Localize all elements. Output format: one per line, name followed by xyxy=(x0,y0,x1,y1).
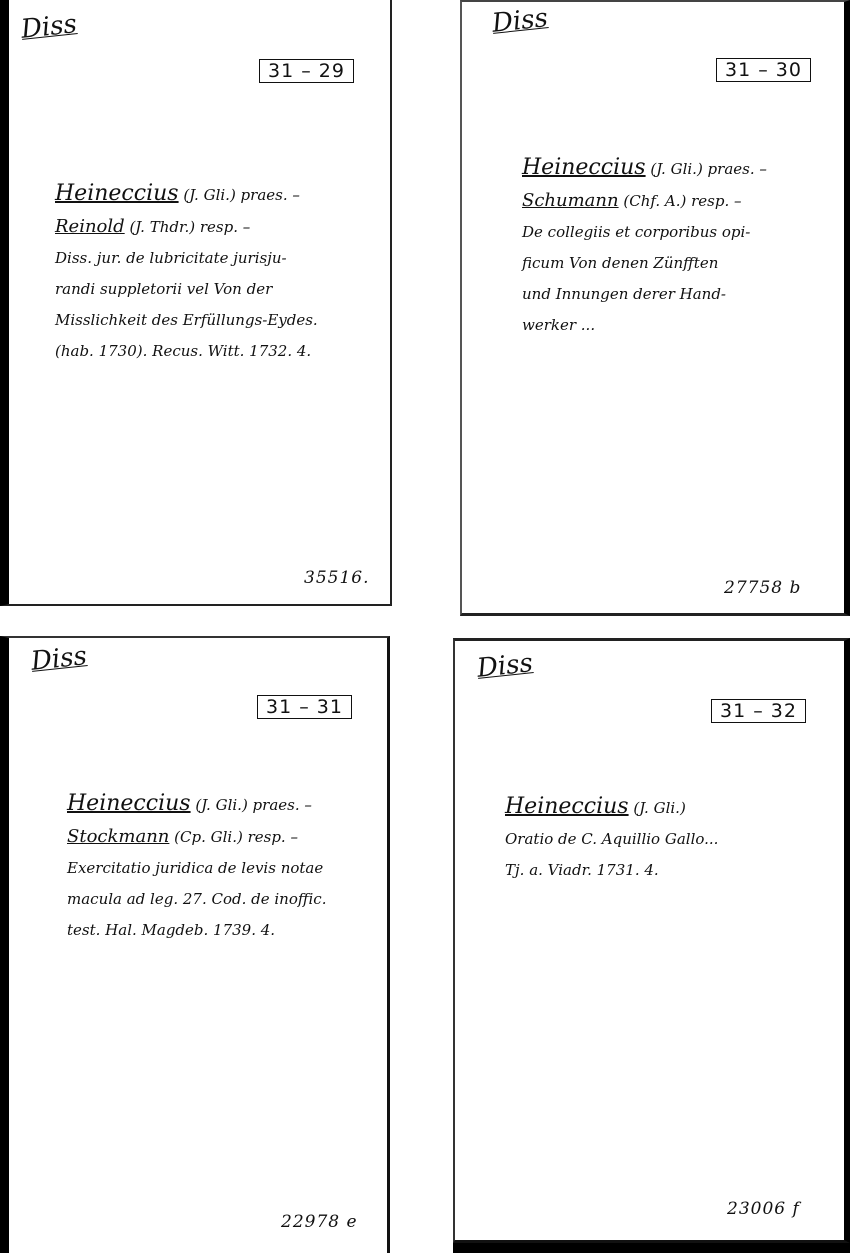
title-line: ficum Von denen Zünfften xyxy=(522,248,767,279)
title-line: und Innungen derer Hand- xyxy=(522,279,767,310)
respondent-name: Schumann xyxy=(522,190,619,211)
accession-number: 27758 b xyxy=(724,578,801,598)
category-label: Diss xyxy=(30,641,89,677)
catalog-card-31-30: Diss 31 – 30 Heineccius (J. Gli.) praes.… xyxy=(460,0,850,616)
respondent-line: Stockmann (Cp. Gli.) resp. – xyxy=(67,821,326,853)
respondent-initials: (Cp. Gli.) resp. – xyxy=(174,828,298,846)
accession-number: 23006 f xyxy=(727,1199,800,1219)
title-line: Tj. a. Viadr. 1731. 4. xyxy=(505,855,718,886)
signature-box: 31 – 31 xyxy=(257,695,352,719)
respondent-line: Schumann (Chf. A.) resp. – xyxy=(522,185,767,217)
title-line: (hab. 1730). Recus. Witt. 1732. 4. xyxy=(55,336,318,367)
catalog-card-31-32: Diss 31 – 32 Heineccius (J. Gli.) Oratio… xyxy=(453,638,850,1243)
title-line: werker ... xyxy=(522,310,767,341)
respondent-name: Reinold xyxy=(55,216,125,237)
card-entry: Heineccius (J. Gli.) praes. – Schumann (… xyxy=(522,152,767,341)
author-line: Heineccius (J. Gli.) praes. – xyxy=(522,152,767,185)
catalog-card-31-29: Diss 31 – 29 Heineccius (J. Gli.) praes.… xyxy=(0,0,392,606)
title-line: Exercitatio juridica de levis notae xyxy=(67,853,326,884)
signature-box: 31 – 30 xyxy=(716,58,811,82)
title-line: Misslichkeit des Erfüllungs-Eydes. xyxy=(55,305,318,336)
author-line: Heineccius (J. Gli.) praes. – xyxy=(67,788,326,821)
respondent-initials: (J. Thdr.) resp. – xyxy=(129,218,250,236)
title-line: Diss. jur. de lubricitate jurisju- xyxy=(55,243,318,274)
author-name: Heineccius xyxy=(505,794,629,819)
card-entry: Heineccius (J. Gli.) praes. – Reinold (J… xyxy=(55,178,318,367)
author-initials: (J. Gli.) xyxy=(633,799,685,817)
category-label: Diss xyxy=(491,3,550,39)
category-label: Diss xyxy=(476,648,535,684)
respondent-line: Reinold (J. Thdr.) resp. – xyxy=(55,211,318,243)
card-entry: Heineccius (J. Gli.) Oratio de C. Aquill… xyxy=(505,791,718,886)
author-name: Heineccius xyxy=(67,791,191,816)
catalog-card-31-31: Diss 31 – 31 Heineccius (J. Gli.) praes.… xyxy=(0,636,390,1253)
signature-box: 31 – 29 xyxy=(259,59,354,83)
author-name: Heineccius xyxy=(522,155,646,180)
author-name: Heineccius xyxy=(55,181,179,206)
author-initials: (J. Gli.) praes. – xyxy=(183,186,300,204)
title-line: macula ad leg. 27. Cod. de inoffic. xyxy=(67,884,326,915)
author-initials: (J. Gli.) praes. – xyxy=(195,796,312,814)
signature-box: 31 – 32 xyxy=(711,699,806,723)
category-label: Diss xyxy=(20,9,79,45)
author-line: Heineccius (J. Gli.) xyxy=(505,791,718,824)
card-entry: Heineccius (J. Gli.) praes. – Stockmann … xyxy=(67,788,326,946)
respondent-name: Stockmann xyxy=(67,826,169,847)
title-line: test. Hal. Magdeb. 1739. 4. xyxy=(67,915,326,946)
title-line: randi suppletorii vel Von der xyxy=(55,274,318,305)
accession-number: 22978 e xyxy=(281,1212,358,1232)
author-line: Heineccius (J. Gli.) praes. – xyxy=(55,178,318,211)
respondent-initials: (Chf. A.) resp. – xyxy=(623,192,741,210)
scan-edge xyxy=(453,1243,850,1253)
author-initials: (J. Gli.) praes. – xyxy=(650,160,767,178)
title-line: Oratio de C. Aquillio Gallo... xyxy=(505,824,718,855)
title-line: De collegiis et corporibus opi- xyxy=(522,217,767,248)
accession-number: 35516. xyxy=(304,568,369,588)
